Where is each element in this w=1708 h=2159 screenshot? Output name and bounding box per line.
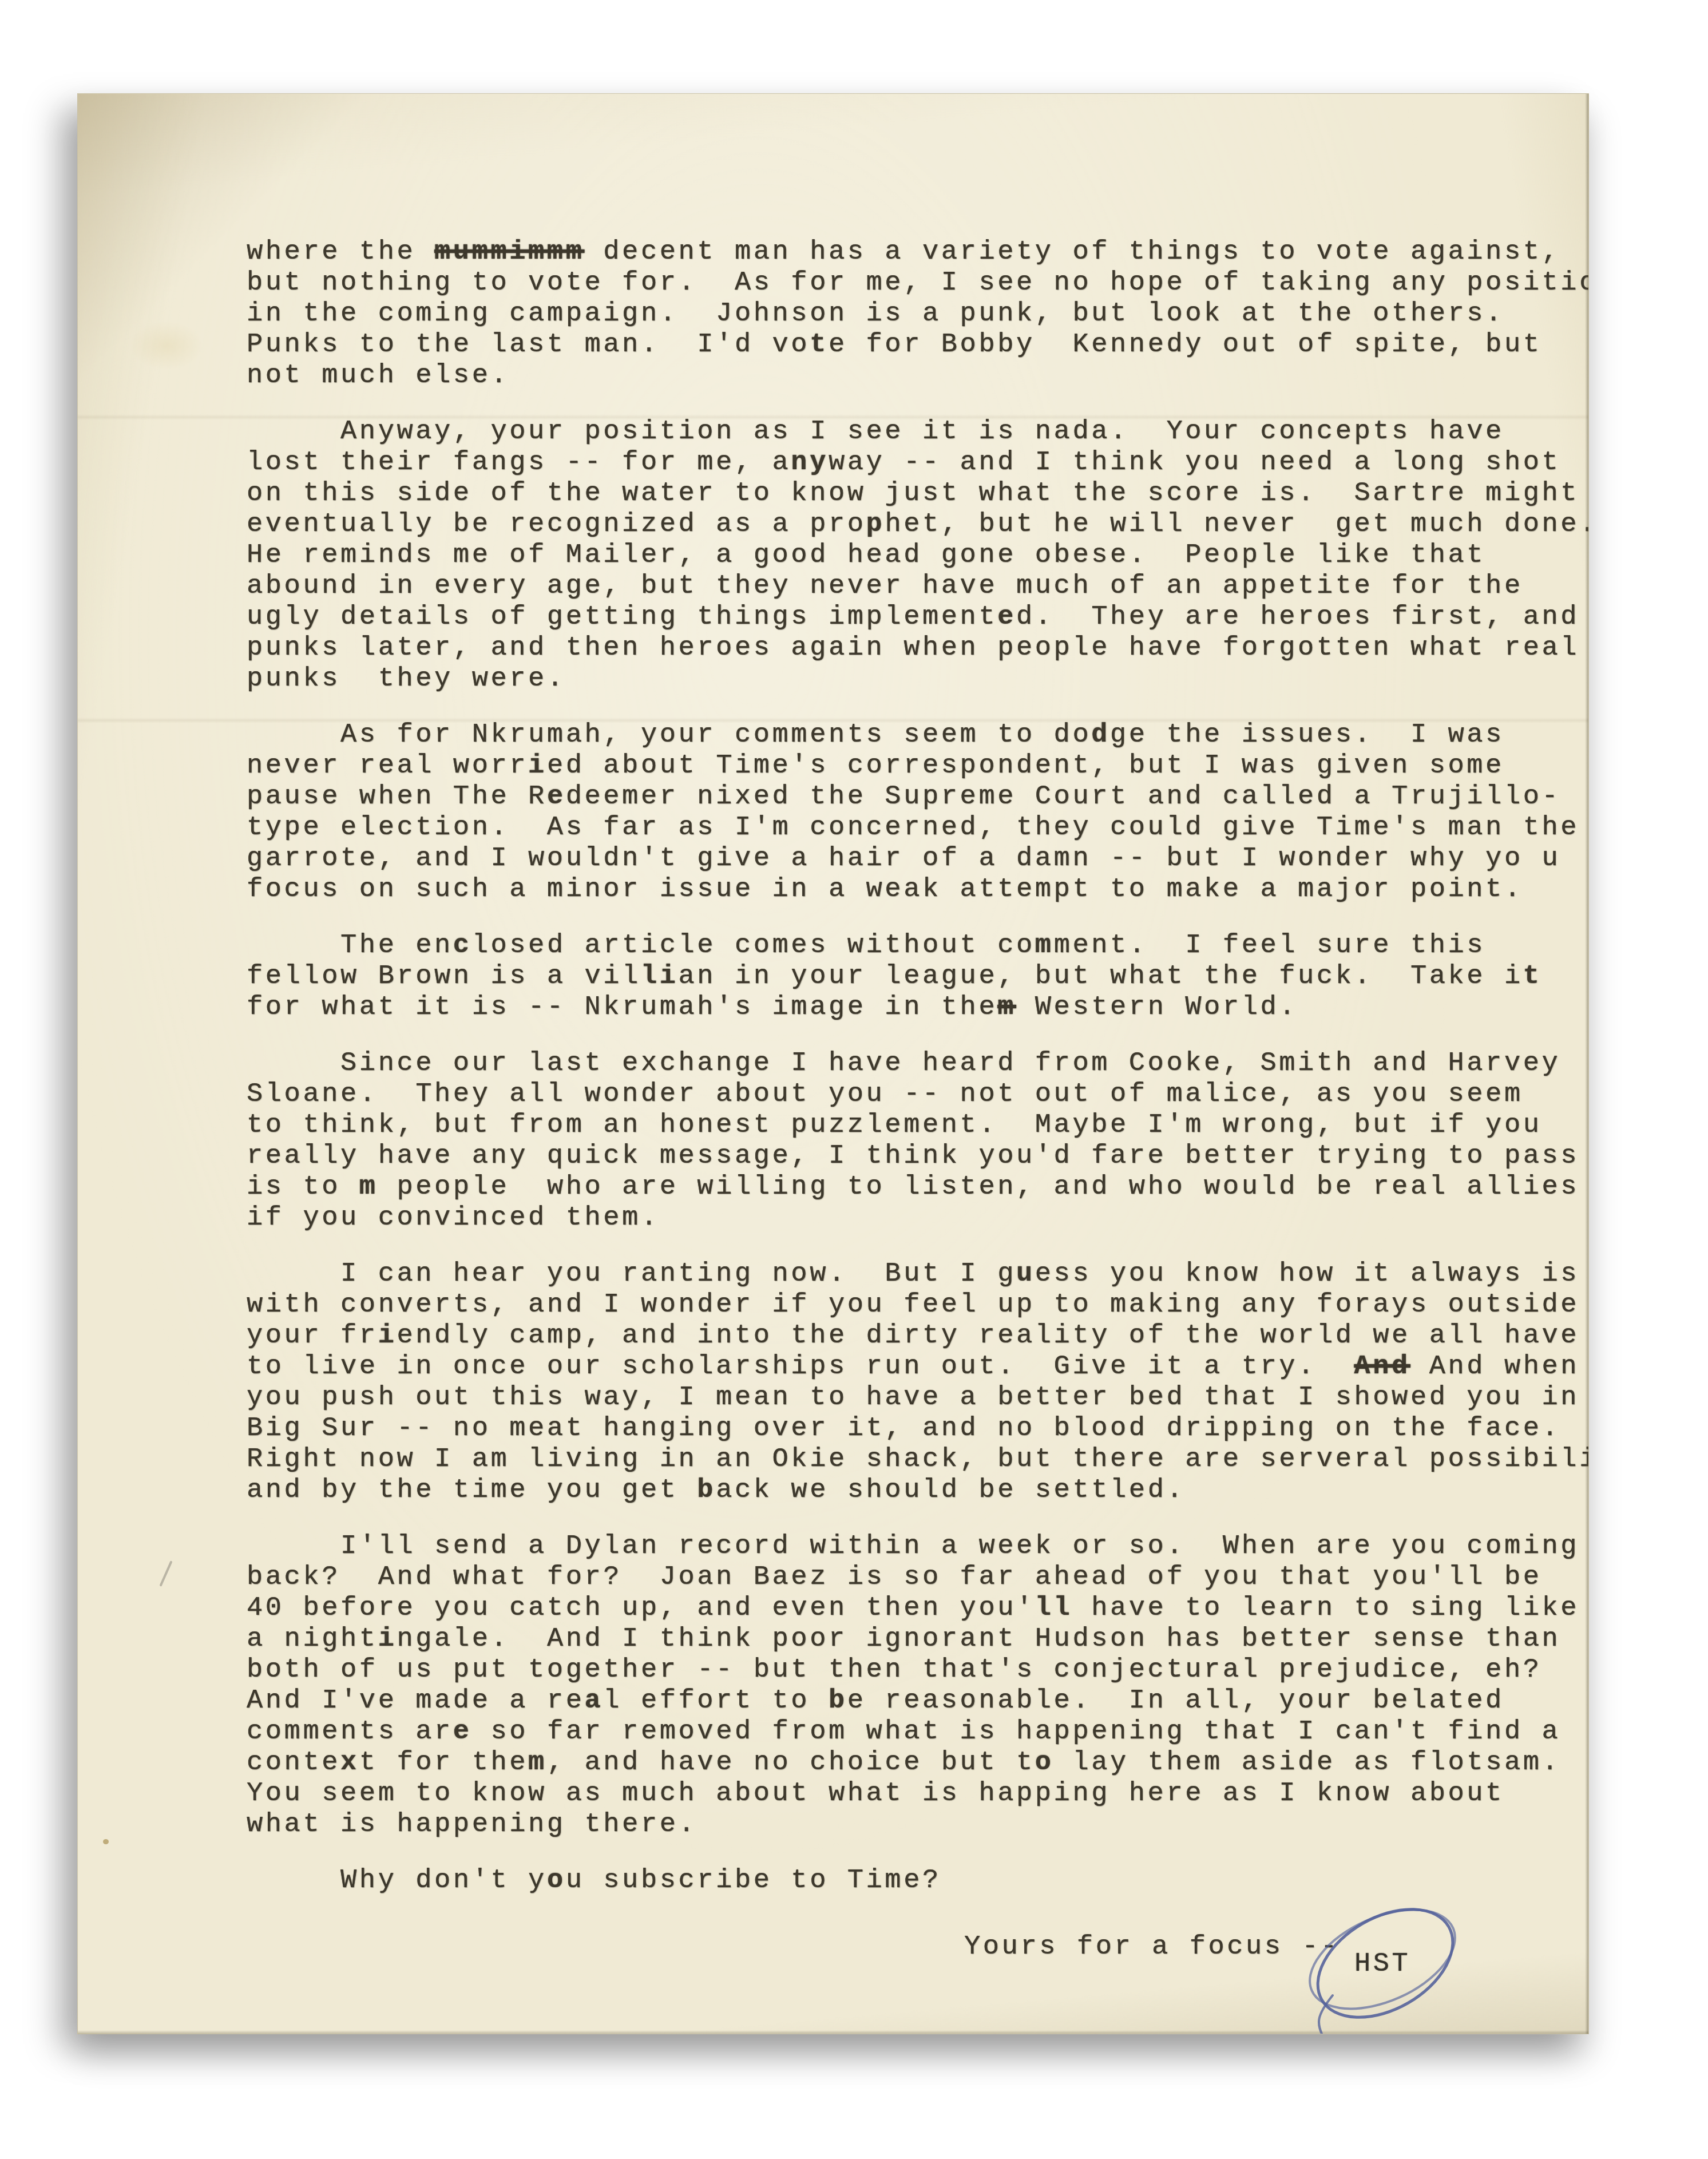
letter-line: lost their fangs -- for me, anyway -- an…	[247, 447, 1589, 478]
letter-line: where the mummimmm decent man has a vari…	[247, 237, 1589, 268]
struck-out-text: And	[1354, 1352, 1410, 1382]
letter-line: Punks to the last man. I'd vote for Bobb…	[247, 330, 1589, 361]
paragraph: where the mummimmm decent man has a vari…	[247, 237, 1589, 391]
stain	[129, 321, 204, 370]
overstruck-text: t	[810, 330, 829, 360]
letter-line: Anyway, your position as I see it is nad…	[247, 417, 1589, 447]
letter-line: and by the time you get back we should b…	[247, 1475, 1589, 1506]
letter-line: punks later, and then heroes again when …	[247, 633, 1589, 664]
signature-circle	[1271, 1891, 1511, 2034]
letter-line: for what it is -- Nkrumah's image in the…	[247, 992, 1589, 1023]
letter-line: Sloane. They all wonder about you -- not…	[247, 1079, 1589, 1110]
overstruck-text: x	[340, 1748, 359, 1778]
letter-line: garrote, and I wouldn't give a hair of a…	[247, 843, 1589, 874]
letter-body: where the mummimmm decent man has a vari…	[247, 237, 1589, 1922]
paragraph: I'll send a Dylan record within a week o…	[247, 1531, 1589, 1840]
overstruck-text: i	[528, 751, 547, 781]
overstruck-text: e	[547, 782, 566, 812]
overstruck-text: d	[1091, 720, 1110, 750]
letter-line: really have any quick message, I think y…	[247, 1141, 1589, 1172]
overstruck-text: o	[1035, 1748, 1054, 1778]
letter-line: what is happening there.	[247, 1809, 1589, 1840]
paragraph: The enclosed article comes without comme…	[247, 930, 1589, 1023]
overstruck-text: t	[1523, 961, 1542, 992]
letter-line: focus on such a minor issue in a weak at…	[247, 874, 1589, 905]
letter-line: never real worried about Time's correspo…	[247, 751, 1589, 782]
struck-out-text: m	[997, 992, 1016, 1023]
letter-line: but nothing to vote for. As for me, I se…	[247, 268, 1589, 299]
overstruck-text: i	[378, 1624, 397, 1654]
letter-line: ugly details of getting things implement…	[247, 602, 1589, 633]
letter-line: I'll send a Dylan record within a week o…	[247, 1531, 1589, 1562]
scan-background: { "page": { "background_color": "#ffffff…	[0, 0, 1708, 2159]
letter-line: Right now I am living in an Okie shack, …	[247, 1444, 1589, 1475]
letter-line: punks they were.	[247, 664, 1589, 695]
letter-line: fellow Brown is a villian in your league…	[247, 961, 1589, 992]
stain	[103, 1839, 109, 1844]
paragraph: Anyway, your position as I see it is nad…	[247, 417, 1589, 695]
overstruck-text: c	[453, 930, 472, 961]
letter-line: pause when The Redeemer nixed the Suprem…	[247, 782, 1589, 813]
letter-line: eventually be recognized as a prophet, b…	[247, 509, 1589, 540]
letter-page: where the mummimmm decent man has a vari…	[77, 93, 1589, 2034]
overstruck-text: a	[584, 1686, 603, 1716]
letter-line: to live in once our scholarships run out…	[247, 1352, 1589, 1382]
letter-line: in the coming campaign. Johnson is a pun…	[247, 299, 1589, 330]
overstruck-text: b	[829, 1686, 847, 1716]
overstruck-text: u	[1016, 1259, 1035, 1289]
overstruck-text: e	[997, 602, 1016, 632]
paragraph: Since our last exchange I have heard fro…	[247, 1048, 1589, 1234]
letter-line: both of us put together -- but then that…	[247, 1655, 1589, 1686]
letter-line: if you convinced them.	[247, 1203, 1589, 1234]
overstruck-text: ny	[791, 447, 829, 478]
letter-line: 40 before you catch up, and even then yo…	[247, 1593, 1589, 1624]
letter-line: you push out this way, I mean to have a …	[247, 1382, 1589, 1413]
letter-line: type election. As far as I'm concerned, …	[247, 813, 1589, 843]
letter-line: is to m people who are willing to listen…	[247, 1172, 1589, 1203]
letter-line: Since our last exchange I have heard fro…	[247, 1048, 1589, 1079]
letter-line: on this side of the water to know just w…	[247, 478, 1589, 509]
overstruck-text: m	[359, 1172, 378, 1202]
overstruck-text: m	[1035, 930, 1054, 961]
letter-line: not much else.	[247, 361, 1589, 391]
letter-line: As for Nkrumah, your comments seem to do…	[247, 720, 1589, 751]
letter-line: a nightingale. And I think poor ignorant…	[247, 1624, 1589, 1655]
paragraph: I can hear you ranting now. But I guess …	[247, 1259, 1589, 1506]
paragraph: As for Nkrumah, your comments seem to do…	[247, 720, 1589, 905]
letter-line: You seem to know as much about what is h…	[247, 1778, 1589, 1809]
letter-line: And I've made a real effort to be reason…	[247, 1686, 1589, 1717]
letter-line: Big Sur -- no meat hanging over it, and …	[247, 1413, 1589, 1444]
letter-line: back? And what for? Joan Baez is so far …	[247, 1562, 1589, 1593]
letter-line: with converts, and I wonder if you feel …	[247, 1290, 1589, 1321]
letter-line: your friendly camp, and into the dirty r…	[247, 1321, 1589, 1352]
letter-line: The enclosed article comes without comme…	[247, 930, 1589, 961]
overstruck-text: i	[378, 1321, 397, 1351]
overstruck-text: b	[697, 1475, 716, 1506]
pencil-mark	[159, 1560, 172, 1586]
overstruck-text: m	[528, 1748, 547, 1778]
letter-line: context for them, and have no choice but…	[247, 1748, 1589, 1778]
overstruck-text: o	[547, 1865, 566, 1896]
letter-line: He reminds me of Mailer, a good head gon…	[247, 540, 1589, 571]
struck-out-text: mummimmm	[434, 237, 584, 267]
letter-line: comments are so far removed from what is…	[247, 1717, 1589, 1748]
letter-line: abound in every age, but they never have…	[247, 571, 1589, 602]
overstruck-text: p	[866, 509, 885, 540]
overstruck-text: li	[641, 961, 679, 992]
letter-line: I can hear you ranting now. But I guess …	[247, 1259, 1589, 1290]
overstruck-text: e	[453, 1717, 472, 1747]
overstruck-text: ll	[1035, 1593, 1073, 1623]
letter-line: to think, but from an honest puzzlement.…	[247, 1110, 1589, 1141]
